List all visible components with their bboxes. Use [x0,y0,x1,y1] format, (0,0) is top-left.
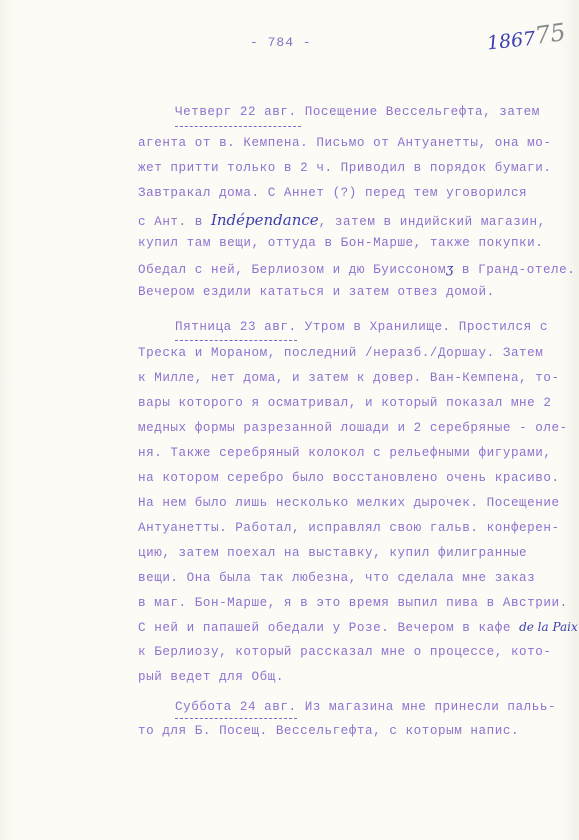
entry-line: медных формы разрезанной лошади и 2 сере… [138,421,568,435]
entry-line: Обедал с ней, Берлиозом и дю Буиссономʒ … [138,261,575,277]
handwritten-year: 1867 [486,28,536,55]
handwritten-insert: de la Paix [519,620,578,634]
entry-line: Пятница 23 авг. Утром в Хранилище. Прост… [175,320,548,334]
entry-line: Завтракал дома. С Аннет (?) перед тем уг… [138,186,527,200]
entry-line: то для Б. Посещ. Вессельгефта, с которым… [138,724,519,738]
entry-line: Антуанетты. Работал, исправлял свою галь… [138,521,560,535]
entry-line: на котором серебро было восстановлено оч… [138,471,560,485]
entry-line: На нем было лишь несколько мелких дыроче… [138,496,560,510]
entry-line: жет притти только в 2 ч. Приводил в поря… [138,161,551,175]
entry-line: ня. Также серебряный колокол с рельефным… [138,446,551,460]
entry-line: С ней и папашей обедали у Розе. Вечером … [138,620,578,635]
entry-line-part: С ней и папашей обедали у Розе. Вечером … [138,621,519,635]
document-page: - 784 - 1867 75 Четверг 22 авг. Посещени… [0,0,579,840]
heading-underline [175,718,297,719]
entry-line: рый ведет для Общ. [138,670,284,684]
entry-line: с Ант. в Indépendance, затем в индийский… [138,211,546,229]
entry-line: Четверг 22 авг. Посещение Вессельгефта, … [175,105,540,119]
entry-line: вещи. Она была так любезна, что сделала … [138,571,535,585]
entry-line: в маг. Бон-Марше, я в это время выпил пи… [138,596,568,610]
entry-line: купил там вещи, оттуда в Бон-Марше, такж… [138,236,543,250]
heading-underline [175,126,301,127]
heading-underline [175,340,297,341]
entry-line: агента от в. Кемпена. Письмо от Антуанет… [138,136,551,150]
entry-line: Вечером ездили кататься и затем отвез до… [138,285,495,299]
entry-line: цию, затем поехал на выставку, купил фил… [138,546,527,560]
entry-line-part: с Ант. в [138,215,211,229]
handwritten-comma: ʒ [446,261,454,276]
entry-line: к Берлиозу, который рассказал мне о проц… [138,645,551,659]
handwritten-folio-number: 75 [533,18,567,50]
entry-line-part: Обедал с ней, Берлиозом и дю Буиссоном [138,263,446,277]
entry-line-part: в Гранд-отеле. [454,263,576,277]
entry-line: к Милле, нет дома, и затем к довер. Ван-… [138,371,560,385]
entry-line: вары которого я осматривал, и который по… [138,396,551,410]
page-number: - 784 - [250,35,312,50]
entry-line: Треска и Мораном, последний /неразб./Дор… [138,346,543,360]
entry-line-part: , затем в индийский магазин, [319,215,546,229]
handwritten-insert: Indépendance [211,211,319,229]
entry-line: Суббота 24 авг. Из магазина мне принесли… [175,700,556,714]
